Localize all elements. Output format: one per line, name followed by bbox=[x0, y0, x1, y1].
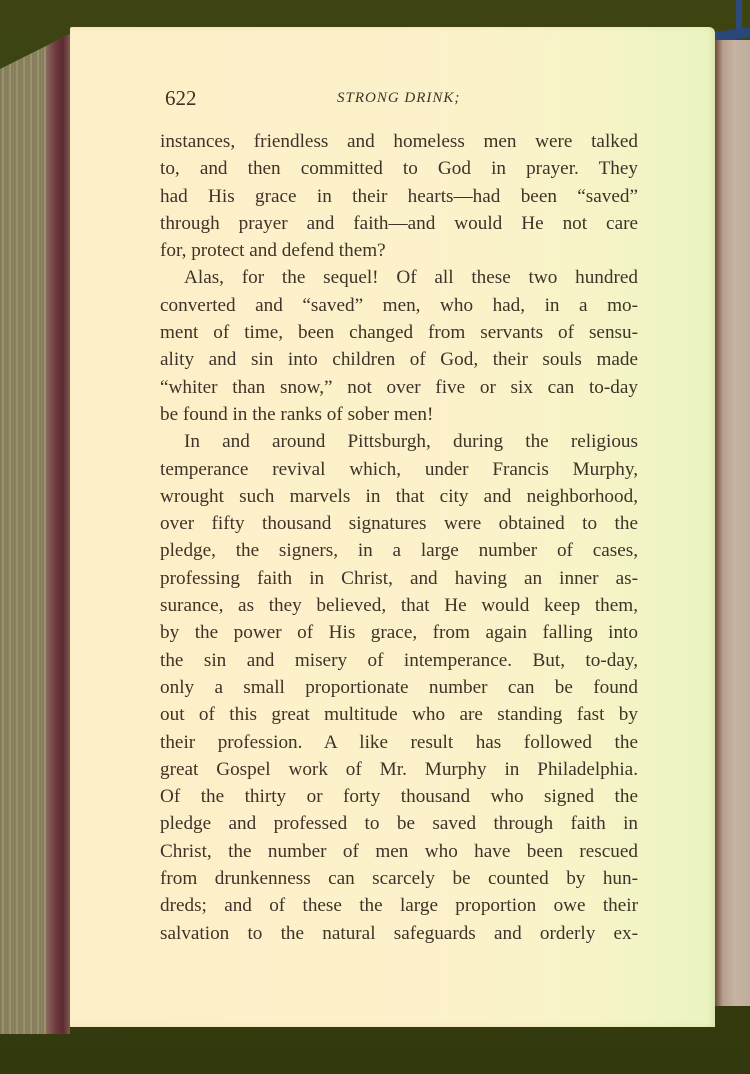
text-line: their profession. A like result has foll… bbox=[160, 729, 638, 756]
text-line: professing faith in Christ, and having a… bbox=[160, 565, 638, 592]
text-line: only a small proportionate number can be… bbox=[160, 674, 638, 701]
text-line: by the power of His grace, from again fa… bbox=[160, 619, 638, 646]
text-line: In and around Pittsburgh, during the rel… bbox=[160, 428, 638, 455]
text-line: converted and “saved” men, who had, in a… bbox=[160, 292, 638, 319]
paragraph: Alas, for the sequel! Of all these two h… bbox=[160, 264, 638, 428]
paragraph: instances, friendless and homeless men w… bbox=[160, 128, 638, 264]
text-line: ment of time, been changed from servants… bbox=[160, 319, 638, 346]
text-line: Of the thirty or forty thousand who sign… bbox=[160, 783, 638, 810]
text-line: temperance revival which, under Francis … bbox=[160, 456, 638, 483]
text-line: “whiter than snow,” not over five or six… bbox=[160, 374, 638, 401]
running-title: STRONG DRINK; bbox=[337, 90, 460, 107]
text-line: ality and sin into children of God, thei… bbox=[160, 346, 638, 373]
page-number: 622 bbox=[165, 86, 197, 111]
text-line: out of this great multitude who are stan… bbox=[160, 701, 638, 728]
text-line: Alas, for the sequel! Of all these two h… bbox=[160, 264, 638, 291]
body-text: instances, friendless and homeless men w… bbox=[160, 128, 638, 947]
text-line: over fifty thousand signatures were obta… bbox=[160, 510, 638, 537]
page-edges-left bbox=[0, 34, 70, 1034]
text-line: instances, friendless and homeless men w… bbox=[160, 128, 638, 155]
text-line: great Gospel work of Mr. Murphy in Phila… bbox=[160, 756, 638, 783]
text-line: through prayer and faith—and would He no… bbox=[160, 210, 638, 237]
text-line: Christ, the number of men who have been … bbox=[160, 838, 638, 865]
paragraph: In and around Pittsburgh, during the rel… bbox=[160, 428, 638, 947]
text-line: dreds; and of these the large proportion… bbox=[160, 892, 638, 919]
page-edges-right bbox=[715, 40, 750, 1006]
text-line: pledge, the signers, in a large number o… bbox=[160, 537, 638, 564]
text-line: surance, as they believed, that He would… bbox=[160, 592, 638, 619]
text-line: had His grace in their hearts—had been “… bbox=[160, 183, 638, 210]
text-line: be found in the ranks of sober men! bbox=[160, 401, 638, 428]
bookmark-ribbon bbox=[710, 0, 750, 45]
running-head: 622 STRONG DRINK; bbox=[165, 86, 645, 116]
text-line: for, protect and defend them? bbox=[160, 237, 638, 264]
text-line: pledge and professed to be saved through… bbox=[160, 810, 638, 837]
text-line: salvation to the natural safeguards and … bbox=[160, 920, 638, 947]
text-line: wrought such marvels in that city and ne… bbox=[160, 483, 638, 510]
text-line: to, and then committed to God in prayer.… bbox=[160, 155, 638, 182]
text-line: from drunkenness can scarcely be counted… bbox=[160, 865, 638, 892]
text-line: the sin and misery of intemperance. But,… bbox=[160, 647, 638, 674]
